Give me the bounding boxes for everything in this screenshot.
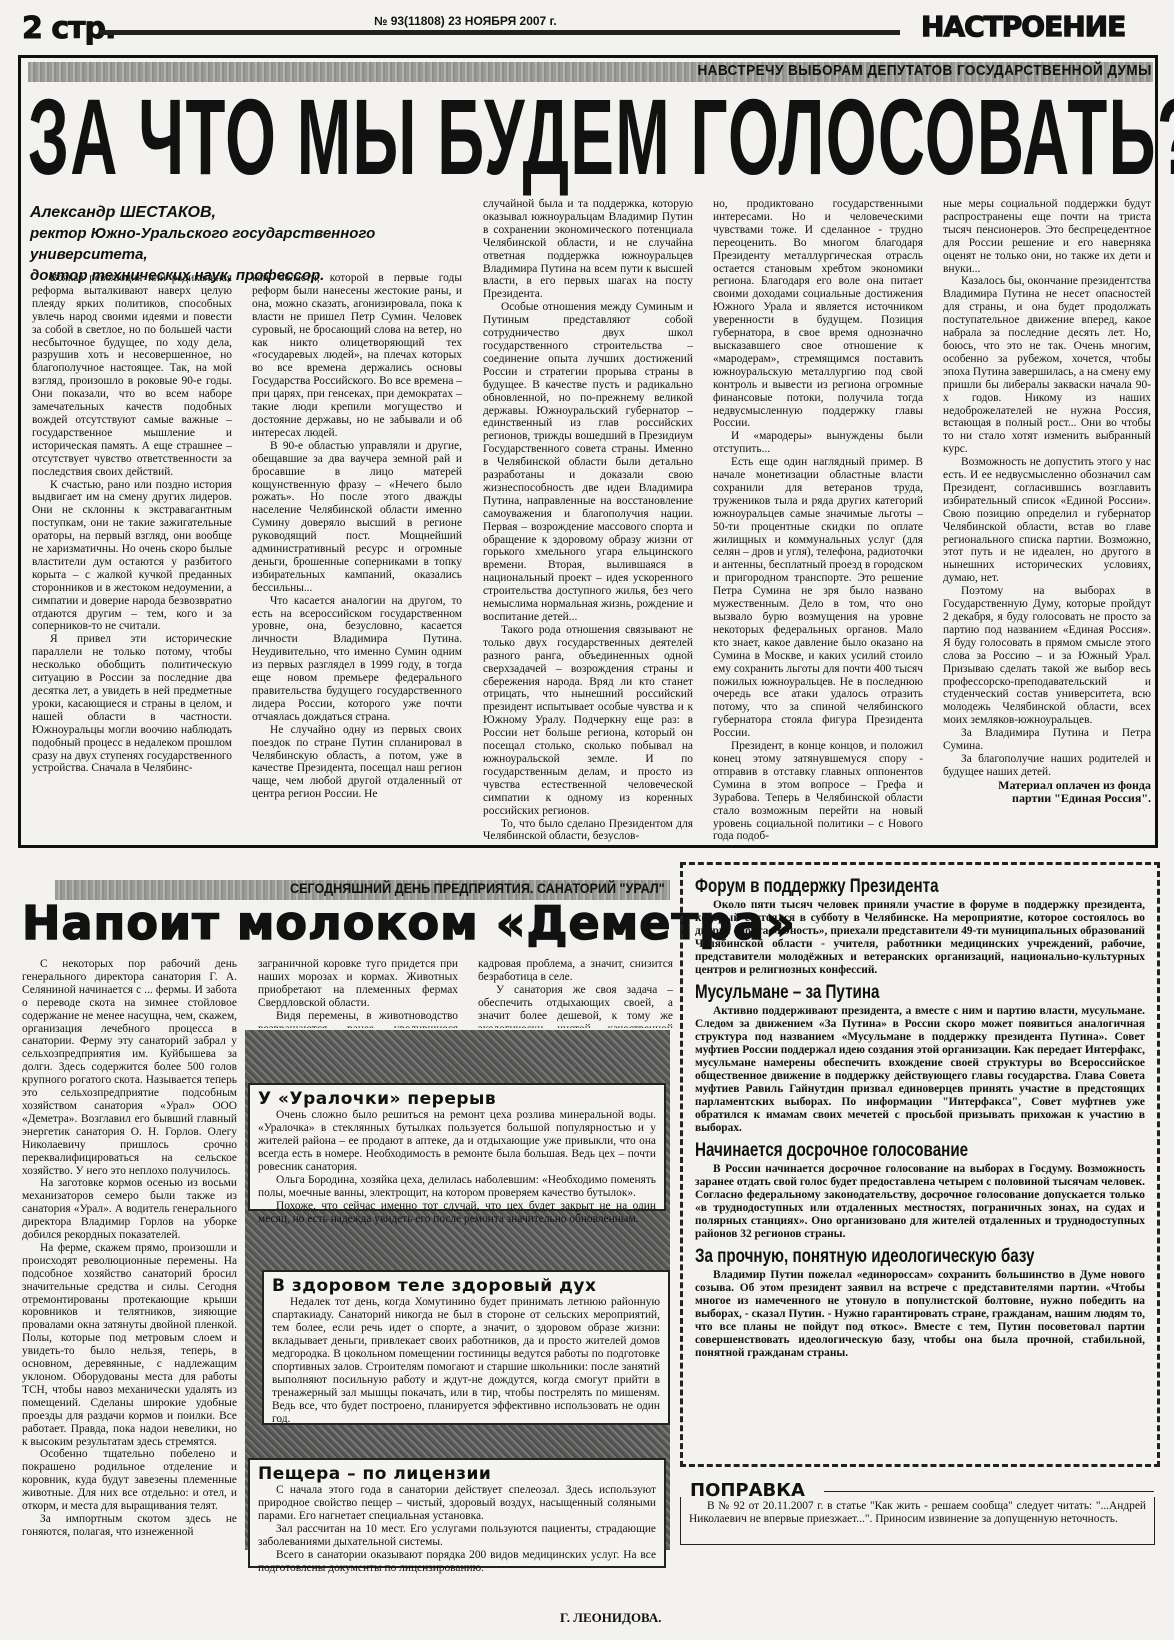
paragraph: Всего в санатории оказывают порядка 200 … <box>258 1549 656 1575</box>
section-title: НАСТРОЕНИЕ <box>915 10 1125 43</box>
main-article-column-4: но, продиктовано государственными интере… <box>713 198 923 843</box>
paragraph: кадровая проблема, а значит, снизится бе… <box>478 958 673 984</box>
paragraph: кой области, которой в первые годы рефор… <box>252 272 462 440</box>
main-article-column-3: случайной была и та поддержка, которую о… <box>483 198 693 843</box>
paragraph: Похоже, что сейчас именно тот случай, чт… <box>258 1200 656 1226</box>
demetra-column-1: С некоторых пор рабочий день генеральног… <box>22 958 237 1633</box>
paragraph: Особые отношения между Суминым и Путиным… <box>483 301 693 624</box>
demetra-column-2: заграничной коровке туго придется при на… <box>258 958 458 1028</box>
box-title: Пещера – по лицензии <box>258 1464 656 1484</box>
paragraph: То, что было сделано Президентом для Чел… <box>483 818 693 844</box>
paragraph: И «мародеры» вынуждены были отступить... <box>713 430 923 456</box>
correction-box: В № 92 от 20.11.2007 г. в статье "Как жи… <box>680 1497 1155 1545</box>
page-number: 2 стр. <box>22 12 115 46</box>
author-title-1: ректор Южно-Уральского государственного … <box>30 223 470 265</box>
main-article-column-5: ные меры социальной поддержки будут расп… <box>943 198 1151 843</box>
demetra-column-3: кадровая проблема, а значит, снизится бе… <box>478 958 673 1028</box>
paragraph: С некоторых пор рабочий день генеральног… <box>22 958 237 1177</box>
main-article-column-1: Всякая революция или радикальная реформа… <box>32 272 232 842</box>
paragraph: Недалек тот день, когда Хомутинино будет… <box>272 1296 660 1426</box>
paid-note: Материал оплачен из фонда <box>943 779 1151 792</box>
paragraph: На ферме, скажем прямо, произошли и прои… <box>22 1242 237 1449</box>
box-cave: Пещера – по лицензии С начала этого года… <box>248 1458 666 1568</box>
box-healthy-body: В здоровом теле здоровый дух Недалек тот… <box>262 1270 670 1425</box>
paragraph: Не случайно одну из первых своих поездок… <box>252 724 462 801</box>
paragraph: Возможность не допустить этого у нас ест… <box>943 456 1151 585</box>
demetra-rubric: СЕГОДНЯШНИЙ ДЕНЬ ПРЕДПРИЯТИЯ. САНАТОРИЙ … <box>290 880 665 896</box>
paragraph: Что касается аналогии на другом, то есть… <box>252 595 462 724</box>
paragraph: но, продиктовано государственными интере… <box>713 198 923 430</box>
box-uralochka: У «Уралочки» перерыв Очень сложно было р… <box>248 1083 666 1211</box>
news-text: В России начинается досрочное голосовани… <box>695 1163 1145 1241</box>
paragraph: Особенно тщательно побелено и покрашено … <box>22 1448 237 1513</box>
paragraph: За благополучие наших родителей и будуще… <box>943 753 1151 779</box>
news-sidebar: Форум в поддержку Президента Около пяти … <box>680 862 1160 1467</box>
box-title: У «Уралочки» перерыв <box>258 1089 656 1109</box>
paragraph: Видя перемены, в животноводство возвраща… <box>258 1010 458 1028</box>
news-title: Начинается досрочное голосование <box>695 1139 1055 1163</box>
paragraph: Такого рода отношения связывают не тольк… <box>483 624 693 818</box>
main-article-rubric: НАВСТРЕЧУ ВЫБОРАМ ДЕПУТАТОВ ГОСУДАРСТВЕН… <box>698 62 1152 79</box>
paragraph: Ольга Бородина, хозяйка цеха, делилась н… <box>258 1174 656 1200</box>
news-title: Форум в поддержку Президента <box>695 875 1055 899</box>
paragraph: Всякая революция или радикальная реформа… <box>32 272 232 479</box>
masthead-rule <box>100 30 900 35</box>
paragraph: За Владимира Путина и Петра Сумина. <box>943 727 1151 753</box>
paragraph: В 90-е областью управляли и другие, обещ… <box>252 440 462 595</box>
paragraph: Поэтому на выборах в Государственную Дум… <box>943 585 1151 727</box>
paragraph: Казалось бы, окончание президентства Вла… <box>943 275 1151 456</box>
paragraph: У санатория же своя задача – обеспечить … <box>478 984 673 1028</box>
paid-note: партии "Единая Россия". <box>943 792 1151 805</box>
paragraph: Президент, в конце концов, и положил кон… <box>713 740 923 843</box>
news-text: Около пяти тысяч человек приняли участие… <box>695 899 1145 977</box>
correction-text: В № 92 от 20.11.2007 г. в статье "Как жи… <box>689 1500 1146 1526</box>
paragraph: На заготовке кормов осенью из восьми мех… <box>22 1177 237 1242</box>
news-title: Мусульмане – за Путина <box>695 981 1055 1005</box>
issue-info: № 93(11808) 23 НОЯБРЯ 2007 г. <box>370 14 561 28</box>
main-article-headline: ЗА ЧТО МЫ БУДЕМ ГОЛОСОВАТЬ? <box>28 82 796 194</box>
paragraph: Есть еще один наглядный пример. В начале… <box>713 456 923 740</box>
paragraph: Зал рассчитан на 10 мест. Его услугами п… <box>258 1523 656 1549</box>
news-text: Владимир Путин пожелал «единороссам» сох… <box>695 1269 1145 1360</box>
paragraph: Я привел эти исторические параллели не т… <box>32 633 232 775</box>
box-title: В здоровом теле здоровый дух <box>272 1276 660 1296</box>
news-title: За прочную, понятную идеологическую базу <box>695 1245 1055 1269</box>
paragraph: случайной была и та поддержка, которую о… <box>483 198 693 301</box>
author-name: Александр ШЕСТАКОВ, <box>30 202 470 223</box>
main-article-column-2: кой области, которой в первые годы рефор… <box>252 272 462 842</box>
paragraph: заграничной коровке туго придется при на… <box>258 958 458 1010</box>
paragraph: ные меры социальной поддержки будут расп… <box>943 198 1151 275</box>
correction-rule <box>824 1491 1154 1492</box>
byline: Г. ЛЕОНИДОВА. <box>560 1610 662 1626</box>
paragraph: К счастью, рано или поздно история выдви… <box>32 479 232 634</box>
paragraph: С начала этого года в санатории действуе… <box>258 1484 656 1523</box>
news-text: Активно поддерживают президента, а вмест… <box>695 1005 1145 1135</box>
paragraph: За импортным скотом здесь не гоняются, п… <box>22 1513 237 1539</box>
paragraph: Очень сложно было решиться на ремонт цех… <box>258 1109 656 1174</box>
